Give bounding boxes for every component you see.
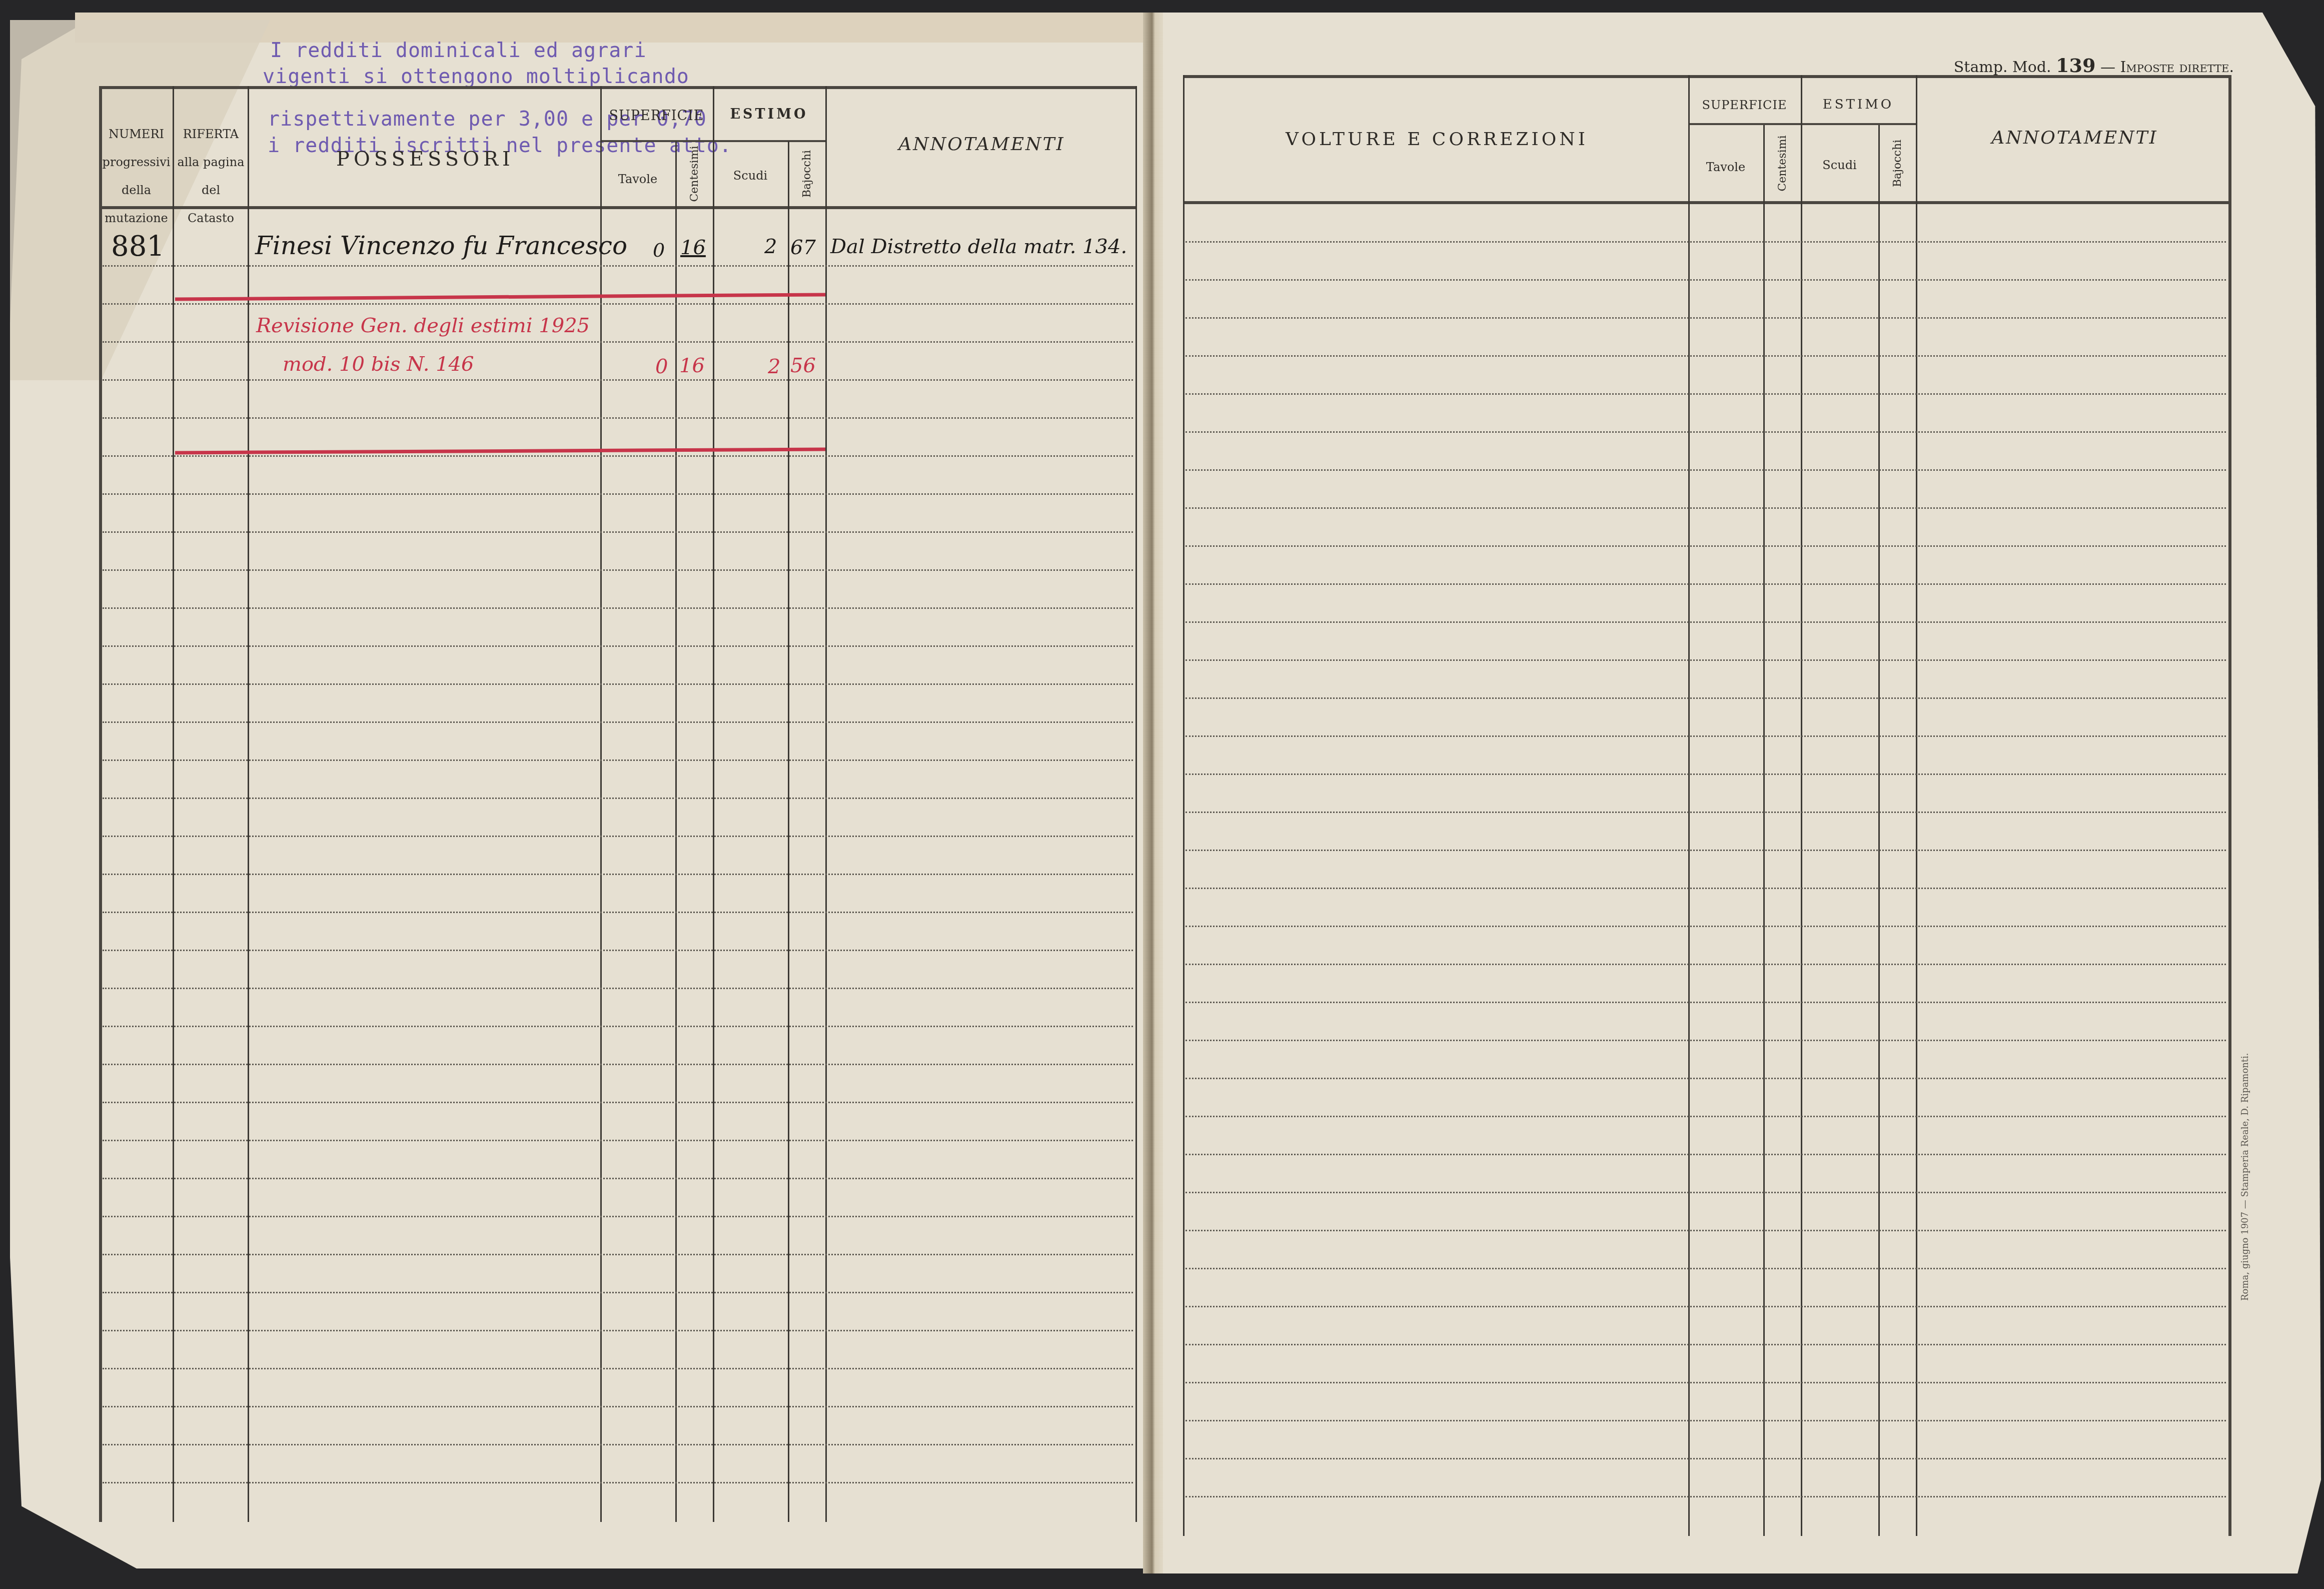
row-rule — [103, 531, 1133, 533]
row-rule — [103, 759, 1133, 761]
header-scudi: Scudi — [713, 162, 788, 190]
row-rule — [103, 836, 1133, 837]
row-rule — [1186, 621, 2226, 623]
header-superficie: SUPERFICIE — [600, 108, 713, 124]
header-annotamenti: ANNOTAMENTI — [828, 134, 1135, 155]
row-rule — [103, 493, 1133, 495]
row-rule — [103, 455, 1133, 457]
header-riferta: RIFERTA alla pagina del Catasto — [174, 120, 248, 232]
row-rule — [103, 988, 1133, 989]
header-top-rule — [1183, 75, 2231, 78]
row-rule — [103, 1330, 1133, 1331]
row-rule — [1186, 888, 2226, 889]
row-rule — [103, 417, 1133, 419]
stamp-line-1: I redditi dominicali ed agrari — [270, 39, 646, 62]
col-rule — [173, 86, 174, 1522]
entry-revision-note-line2: mod. 10 bis N. 146 — [283, 353, 474, 376]
col-rule — [1916, 75, 1917, 1536]
row-rule — [1186, 1268, 2226, 1269]
entry-centesimi: 16 — [679, 354, 705, 377]
row-rule — [1186, 317, 2226, 319]
row-rule — [1186, 355, 2226, 357]
col-rule — [713, 86, 714, 1522]
entry-centesimi: 16 — [680, 236, 706, 259]
form-identifier: Stamp. Mod. 139 — Imposte dirette. — [1954, 54, 2234, 77]
row-rule — [1186, 279, 2226, 281]
right-border — [1135, 86, 1137, 1522]
row-rule — [1186, 697, 2226, 699]
row-rule — [1186, 241, 2226, 243]
row-rule — [1186, 773, 2226, 775]
row-rule — [103, 798, 1133, 799]
row-rule — [1186, 1192, 2226, 1193]
col-rule — [788, 141, 789, 1522]
row-rule — [1186, 1382, 2226, 1383]
row-rule — [1186, 393, 2226, 395]
entry-bajocchi: 67 — [790, 236, 816, 259]
row-rule — [1186, 1002, 2226, 1003]
book-spine — [1143, 13, 1163, 1573]
row-rule — [103, 341, 1133, 343]
header-volture: VOLTURE E CORREZIONI — [1186, 129, 1688, 150]
row-rule — [1186, 1040, 2226, 1041]
header-superficie: SUPERFICIE — [1688, 98, 1801, 112]
row-rule — [103, 379, 1133, 381]
row-rule — [1186, 1458, 2226, 1459]
row-rule — [103, 1026, 1133, 1027]
col-rule — [675, 141, 677, 1522]
row-rule — [103, 1140, 1133, 1141]
row-rule — [103, 912, 1133, 913]
row-rule — [1186, 1230, 2226, 1231]
entry-tavole: 0 — [655, 355, 668, 378]
row-rule — [103, 1254, 1133, 1255]
header-numeri: NUMERI progressivi della mutazione — [100, 120, 173, 232]
header-tavole: Tavole — [600, 165, 675, 193]
entry-revision-note-line1: Revisione Gen. degli estimi 1925 — [256, 314, 590, 337]
row-rule — [103, 1216, 1133, 1217]
row-rule — [103, 683, 1133, 685]
row-rule — [103, 950, 1133, 951]
row-rule — [1186, 583, 2226, 585]
row-rule — [1186, 1306, 2226, 1307]
row-rule — [1186, 545, 2226, 547]
row-rule — [1186, 926, 2226, 927]
header-tavole: Tavole — [1688, 153, 1763, 181]
row-rule — [103, 1102, 1133, 1103]
entry-possessore: Finesi Vincenzo fu Francesco — [255, 231, 627, 260]
col-rule — [1688, 75, 1690, 1536]
row-rule — [103, 607, 1133, 609]
col-rule — [1763, 125, 1765, 1536]
stamp-line-2: vigenti si ottengono moltiplicando — [263, 65, 689, 88]
header-bottom-rule — [99, 206, 1137, 209]
row-rule — [103, 1064, 1133, 1065]
col-rule — [248, 86, 249, 1522]
printer-imprint: Roma, giugno 1907 — Stamperia Reale, D. … — [2240, 1053, 2250, 1301]
row-rule — [103, 1292, 1133, 1293]
row-rule — [1186, 1420, 2226, 1421]
header-top-rule — [99, 86, 1137, 89]
entry-numero: 881 — [111, 230, 165, 263]
row-rule — [1186, 1154, 2226, 1155]
row-rule — [103, 569, 1133, 571]
entry-annotamenti: Dal Distretto della matr. 134. — [830, 235, 1127, 258]
col-rule — [1878, 125, 1880, 1536]
right-border — [2228, 75, 2231, 1536]
header-bajocchi: Bajocchi — [1879, 125, 1916, 201]
header-estimo: ESTIMO — [1801, 97, 1916, 112]
entry-tavole: 0 — [653, 239, 665, 261]
row-rule — [1186, 1116, 2226, 1117]
right-page — [1150, 13, 2321, 1573]
header-bottom-rule — [1183, 201, 2231, 204]
row-rule — [1186, 850, 2226, 851]
entry-scudi: 2 — [768, 355, 780, 378]
row-rule — [1186, 659, 2226, 661]
row-rule — [1186, 812, 2226, 813]
row-rule — [103, 265, 1133, 267]
row-rule — [1186, 431, 2226, 433]
row-rule — [103, 1178, 1133, 1179]
header-centesimi: Centesimi — [1764, 125, 1801, 201]
row-rule — [103, 303, 1133, 305]
header-estimo: ESTIMO — [713, 107, 825, 122]
header-possessori: POSSESSORI — [250, 148, 600, 171]
row-rule — [1186, 735, 2226, 737]
left-border — [99, 86, 102, 1522]
row-rule — [1186, 507, 2226, 509]
header-bajocchi: Bajocchi — [789, 141, 825, 206]
row-rule — [103, 645, 1133, 647]
row-rule — [1186, 1496, 2226, 1497]
row-rule — [103, 1482, 1133, 1483]
row-rule — [1186, 1078, 2226, 1079]
row-rule — [103, 1368, 1133, 1369]
col-rule — [600, 86, 602, 1522]
row-rule — [1186, 1344, 2226, 1345]
row-rule — [103, 1444, 1133, 1445]
header-annotamenti: ANNOTAMENTI — [1921, 128, 2228, 148]
col-rule — [825, 86, 827, 1522]
row-rule — [1186, 469, 2226, 471]
row-rule — [103, 721, 1133, 723]
row-rule — [103, 1406, 1133, 1407]
col-rule — [1801, 75, 1802, 1536]
header-centesimi: Centesimi — [676, 141, 713, 206]
row-rule — [103, 874, 1133, 875]
entry-scudi: 2 — [764, 235, 777, 258]
left-border — [1183, 75, 1185, 1536]
header-scudi: Scudi — [1801, 151, 1878, 179]
entry-bajocchi: 56 — [790, 354, 816, 377]
row-rule — [1186, 964, 2226, 965]
